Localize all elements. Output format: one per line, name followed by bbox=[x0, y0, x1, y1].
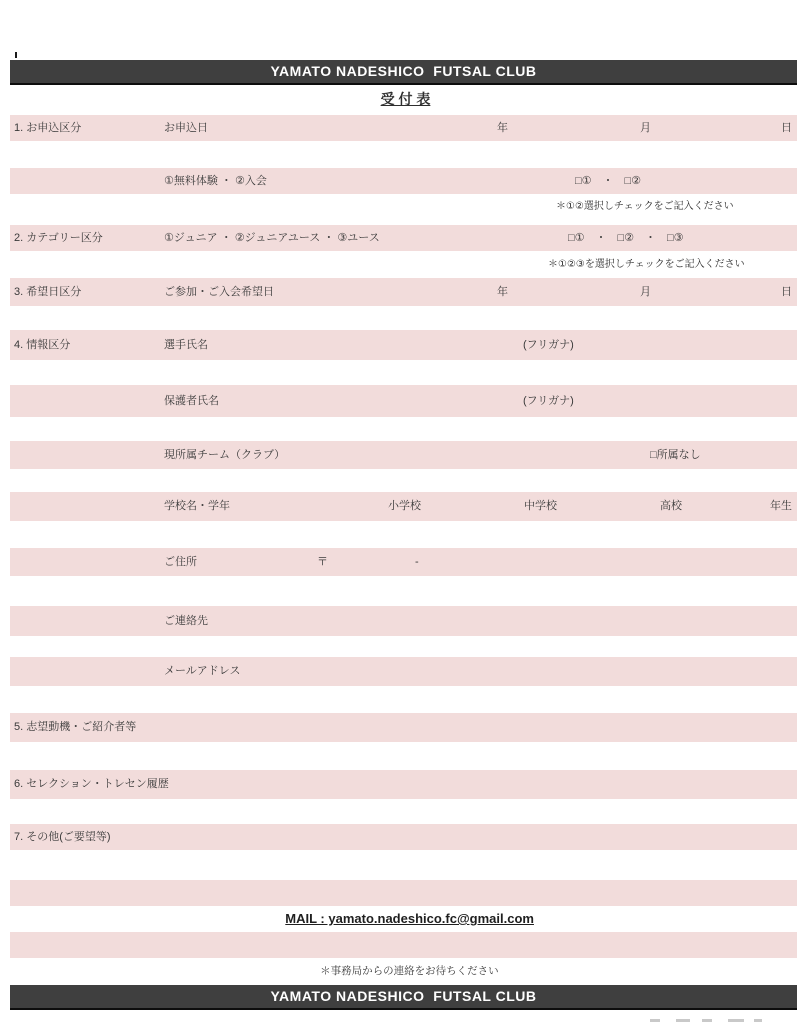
footer-bar: YAMATO NADESHICO FUTSAL CLUB bbox=[10, 985, 797, 1010]
category-options-label: ①ジュニア ・ ②ジュニアユース ・ ③ユース bbox=[164, 225, 380, 251]
membership-checkbox-group[interactable]: □① ・ □② bbox=[575, 168, 641, 194]
selection-history-row: 6. セレクション・トレセン履歴 bbox=[10, 770, 797, 799]
section4-label: 4. 情報区分 bbox=[14, 330, 70, 360]
thanks-note-row: 受付表のご記入・お申込ありがとうございました bbox=[10, 906, 797, 930]
year-label: 年 bbox=[497, 115, 508, 141]
section1-label: 1. お申込区分 bbox=[14, 115, 81, 141]
desired-date-label: ご参加・ご入会希望日 bbox=[164, 278, 274, 306]
contact-row: ご連絡先 bbox=[10, 606, 797, 636]
current-team-label: 現所属チーム（クラブ） bbox=[164, 441, 285, 469]
email-label: メールアドレス bbox=[164, 657, 240, 686]
reception-form-page: YAMATO NADESHICO FUTSAL CLUB 受 付 表 1. お申… bbox=[0, 0, 811, 1024]
player-furigana-label: (フリガナ) bbox=[523, 330, 574, 360]
elementary-label: 小学校 bbox=[388, 492, 421, 521]
email-row: メールアドレス bbox=[10, 657, 797, 686]
cutoff-text-fragment bbox=[650, 1019, 780, 1024]
section2-label: 2. カテゴリー区分 bbox=[14, 225, 103, 251]
header-bar: YAMATO NADESHICO FUTSAL CLUB bbox=[10, 60, 797, 85]
day-label: 日 bbox=[781, 115, 792, 141]
membership-note-row: ＊①②選択しチェックをご記入ください bbox=[10, 194, 797, 220]
motivation-row: 5. 志望動機・ご紹介者等 bbox=[10, 713, 797, 742]
grade-suffix-label: 年生 bbox=[770, 492, 792, 521]
category-row: 2. カテゴリー区分 ①ジュニア ・ ②ジュニアユース ・ ③ユース □① ・ … bbox=[10, 225, 797, 251]
office-contact-row: ＊事務局からの連絡をお待ちください bbox=[10, 932, 797, 958]
contact-label: ご連絡先 bbox=[164, 606, 208, 636]
other-requests-row: 7. その他(ご要望等) bbox=[10, 824, 797, 850]
year-label: 年 bbox=[497, 278, 508, 306]
no-team-checkbox[interactable]: □所属なし bbox=[650, 441, 701, 469]
apply-note-row: ＊上記1-7をご記入の上、下記メールアドレスまでお申込ください bbox=[10, 852, 797, 876]
month-label: 月 bbox=[640, 278, 651, 306]
membership-type-row: ①無料体験 ・ ②入会 □① ・ □② bbox=[10, 168, 797, 194]
application-date-row: 1. お申込区分 お申込日 年 月 日 bbox=[10, 115, 797, 141]
category-note-row: ＊①②③を選択しチェックをご記入ください bbox=[10, 251, 797, 278]
apply-date-label: お申込日 bbox=[164, 115, 208, 141]
desired-date-row: 3. 希望日区分 ご参加・ご入会希望日 年 月 日 bbox=[10, 278, 797, 306]
school-label: 学校名・学年 bbox=[164, 492, 230, 521]
month-label: 月 bbox=[640, 115, 651, 141]
school-row: 学校名・学年 小学校 中学校 高校 年生 bbox=[10, 492, 797, 521]
club-name-header: YAMATO NADESHICO FUTSAL CLUB bbox=[271, 63, 537, 79]
category-checkbox-group[interactable]: □① ・ □② ・ □③ bbox=[568, 225, 684, 251]
club-name-footer: YAMATO NADESHICO FUTSAL CLUB bbox=[271, 988, 537, 1004]
category-note: ＊①②③を選択しチェックをご記入ください bbox=[548, 251, 745, 278]
guardian-name-row: 保護者氏名 (フリガナ) bbox=[10, 385, 797, 417]
day-label: 日 bbox=[781, 278, 792, 306]
address-label: ご住所 bbox=[164, 548, 197, 576]
junior-high-label: 中学校 bbox=[524, 492, 557, 521]
section5-label: 5. 志望動機・ご紹介者等 bbox=[14, 713, 136, 742]
high-school-label: 高校 bbox=[660, 492, 682, 521]
guardian-name-label: 保護者氏名 bbox=[164, 385, 219, 417]
guardian-furigana-label: (フリガナ) bbox=[523, 385, 574, 417]
stray-print-mark bbox=[15, 52, 17, 58]
wait-note: ＊事務局からの連絡をお待ちください bbox=[320, 965, 499, 977]
section3-label: 3. 希望日区分 bbox=[14, 278, 81, 306]
player-name-row: 4. 情報区分 選手氏名 (フリガナ) bbox=[10, 330, 797, 360]
postal-hyphen: - bbox=[415, 548, 419, 576]
membership-options-label: ①無料体験 ・ ②入会 bbox=[164, 168, 267, 194]
membership-note: ＊①②選択しチェックをご記入ください bbox=[556, 194, 734, 220]
address-row: ご住所 〒 - bbox=[10, 548, 797, 576]
section6-label: 6. セレクション・トレセン履歴 bbox=[14, 770, 169, 799]
current-team-row: 現所属チーム（クラブ） □所属なし bbox=[10, 441, 797, 469]
mail-row: MAIL : yamato.nadeshico.fc@gmail.com bbox=[10, 880, 797, 906]
postal-mark-label: 〒 bbox=[317, 548, 328, 576]
section7-label: 7. その他(ご要望等) bbox=[14, 824, 111, 850]
player-name-label: 選手氏名 bbox=[164, 330, 208, 360]
form-title: 受 付 表 bbox=[0, 89, 811, 109]
